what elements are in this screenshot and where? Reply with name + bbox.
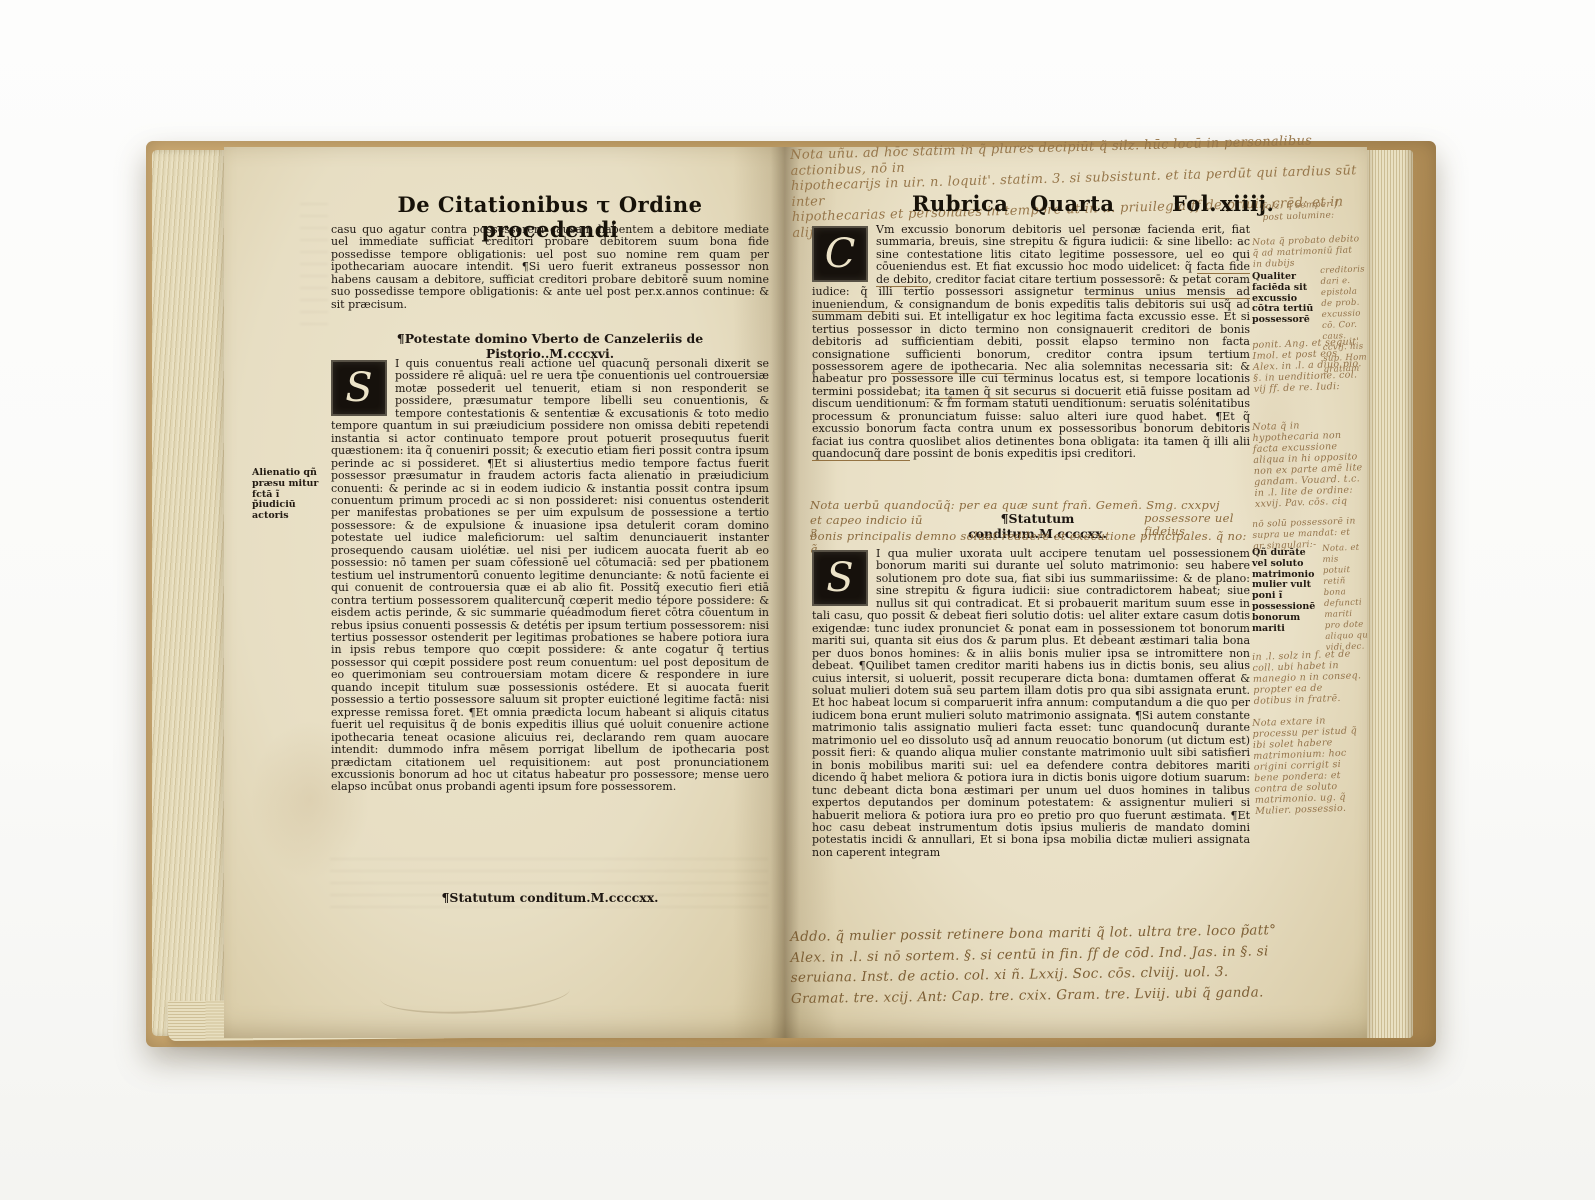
rubrica-label: Rubrica — [912, 191, 1008, 216]
book-photo-scene: De Citationibus τ Ordine procedendi casu… — [0, 0, 1595, 1200]
bottom-manuscript-note: Addo. q̃ mulier possit retinere bona mar… — [790, 919, 1369, 1009]
margin-ms-note: in .l. solz in f. et de coll. ubi habet … — [1252, 648, 1364, 707]
margin-ms-note: folz: q̃ semper f. post uolumine: — [1262, 199, 1363, 224]
quarta-label: Quarta — [1030, 191, 1115, 216]
page-stack-left-edge — [152, 150, 228, 1036]
margin-ms-note: Nota extare in processu per istud q̃ ibi… — [1252, 714, 1365, 817]
margin-ms-note: Nota. et mis potuit retiñ bona defuncti … — [1322, 542, 1370, 653]
page-stack-fore-edge — [1367, 150, 1413, 1038]
right-paragraph-1: CVm excussio bonorum debitoris uel perso… — [812, 224, 1250, 500]
right-paragraph-1-text: Vm excussio bonorum debitoris uel person… — [812, 224, 1250, 461]
fol-label: Fol. — [1172, 191, 1217, 216]
right-paragraph-2-text: I qua mulier uxorata uult accipere tenut… — [812, 548, 1250, 859]
right-running-title: Rubrica Quarta Fol. xiiij. — [812, 191, 1249, 217]
margin-printed-note-dos: Qñ durāte vel soluto matrimonio mulier v… — [1252, 548, 1318, 634]
margin-ms-note: ponit. Ang. et sequit' Imol. et post eos… — [1252, 336, 1364, 395]
woodcut-initial-S: S — [331, 360, 387, 416]
right-paragraph-2: SI qua mulier uxorata uult accipere tenu… — [812, 548, 1250, 922]
show-through-text — [300, 195, 328, 325]
woodcut-initial-S-right: S — [812, 550, 868, 606]
left-statutum-line: ¶Statutum conditum.M.ccccxx. — [331, 890, 769, 905]
left-margin-printed-note: Alienatio qñ præsu mitur fctā ĩ p̃iudici… — [252, 468, 326, 522]
left-paragraph-1: casu quo agatur contra possessorem causa… — [331, 224, 769, 324]
woodcut-initial-C: C — [812, 226, 868, 282]
margin-ms-note: Nota q̃ in hypothecaria non facta excuss… — [1252, 418, 1365, 510]
left-paragraph-2: SI quis conuentus reali actione uel quac… — [331, 358, 769, 884]
margin-printed-note-excussio: Qualiter faciēda sit excussio cōtra tert… — [1252, 272, 1316, 326]
left-paragraph-2-text: I quis conuentus reali actione uel quacu… — [331, 358, 769, 793]
left-potestate-line: ¶Potestate domino Vberto de Canzeleriis … — [331, 331, 769, 361]
